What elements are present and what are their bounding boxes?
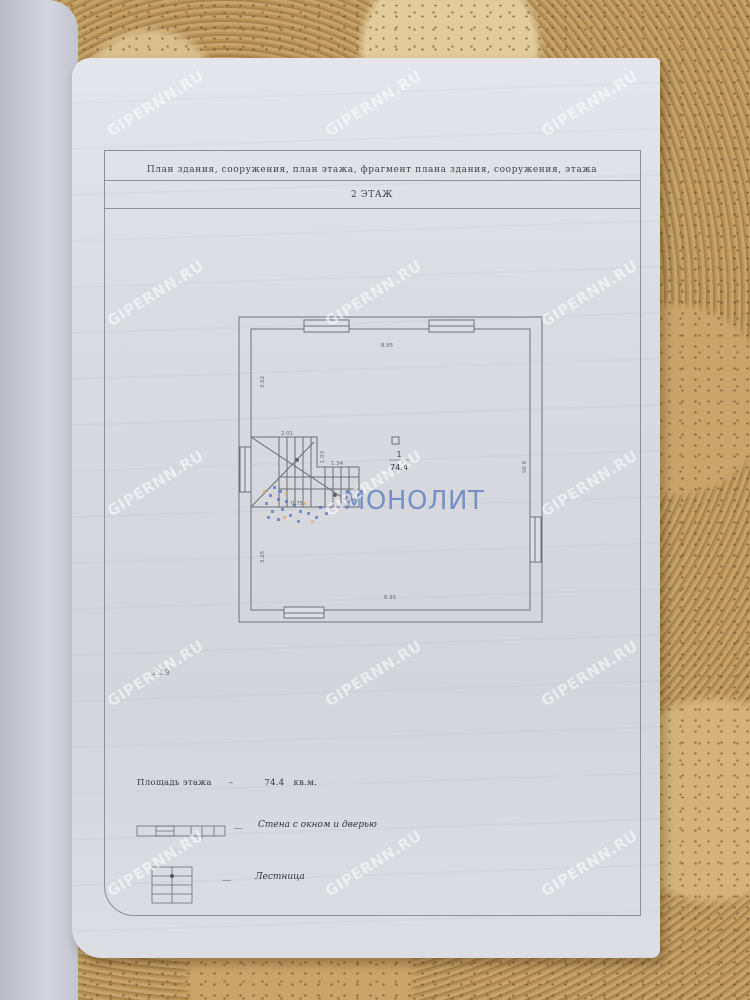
dim-right: 8.95 [520, 461, 526, 474]
staircase-icon [151, 866, 193, 904]
dim-stair-width: 2.01 [281, 431, 293, 437]
floor-area-value: 74.4 [264, 778, 284, 788]
dim-left-upper: 3.62 [260, 376, 266, 388]
left-page-edge [0, 0, 78, 1000]
room-area: 74.4 [390, 463, 408, 472]
legend-dash-2: — [222, 876, 231, 886]
dim-top: 8.95 [381, 343, 394, 349]
staircase [251, 437, 359, 507]
dim-stair-landing: 1.34 [331, 461, 344, 467]
floor-plan-drawing: 8.95 8.95 8.95 3.62 3.25 2.01 1.03 1.34 … [239, 317, 542, 622]
floor-plan: 8.95 8.95 8.95 3.62 3.25 2.01 1.03 1.34 … [239, 317, 542, 622]
dim-left-lower: 3.25 [260, 550, 266, 563]
ceiling-height-mark: 2.89 [152, 668, 170, 677]
floor-area-label: Площадь этажа [137, 778, 212, 788]
floor-area-dash: – [229, 778, 234, 788]
legend-wall-label: Стена с окном и дверью [258, 820, 377, 830]
dim-stair-small: 1.15 [351, 488, 357, 501]
header-title: План здания, сооружения, план этажа, фра… [104, 150, 640, 181]
floor-area-line: Площадь этажа – 74.4 кв.м. [137, 778, 317, 788]
legend-dash-1: — [234, 824, 243, 834]
dim-bottom: 8.95 [384, 595, 397, 601]
dim-stair-side: 1.03 [320, 450, 326, 463]
dim-stair-lower: 0.75 [291, 501, 304, 507]
floor-label: 2 ЭТАЖ [104, 180, 640, 209]
wall-window-door-icon [136, 823, 228, 839]
legend-stair-label: Лестница [255, 872, 305, 882]
room-number: 1 [396, 450, 401, 459]
floor-area-unit: кв.м. [294, 778, 318, 788]
